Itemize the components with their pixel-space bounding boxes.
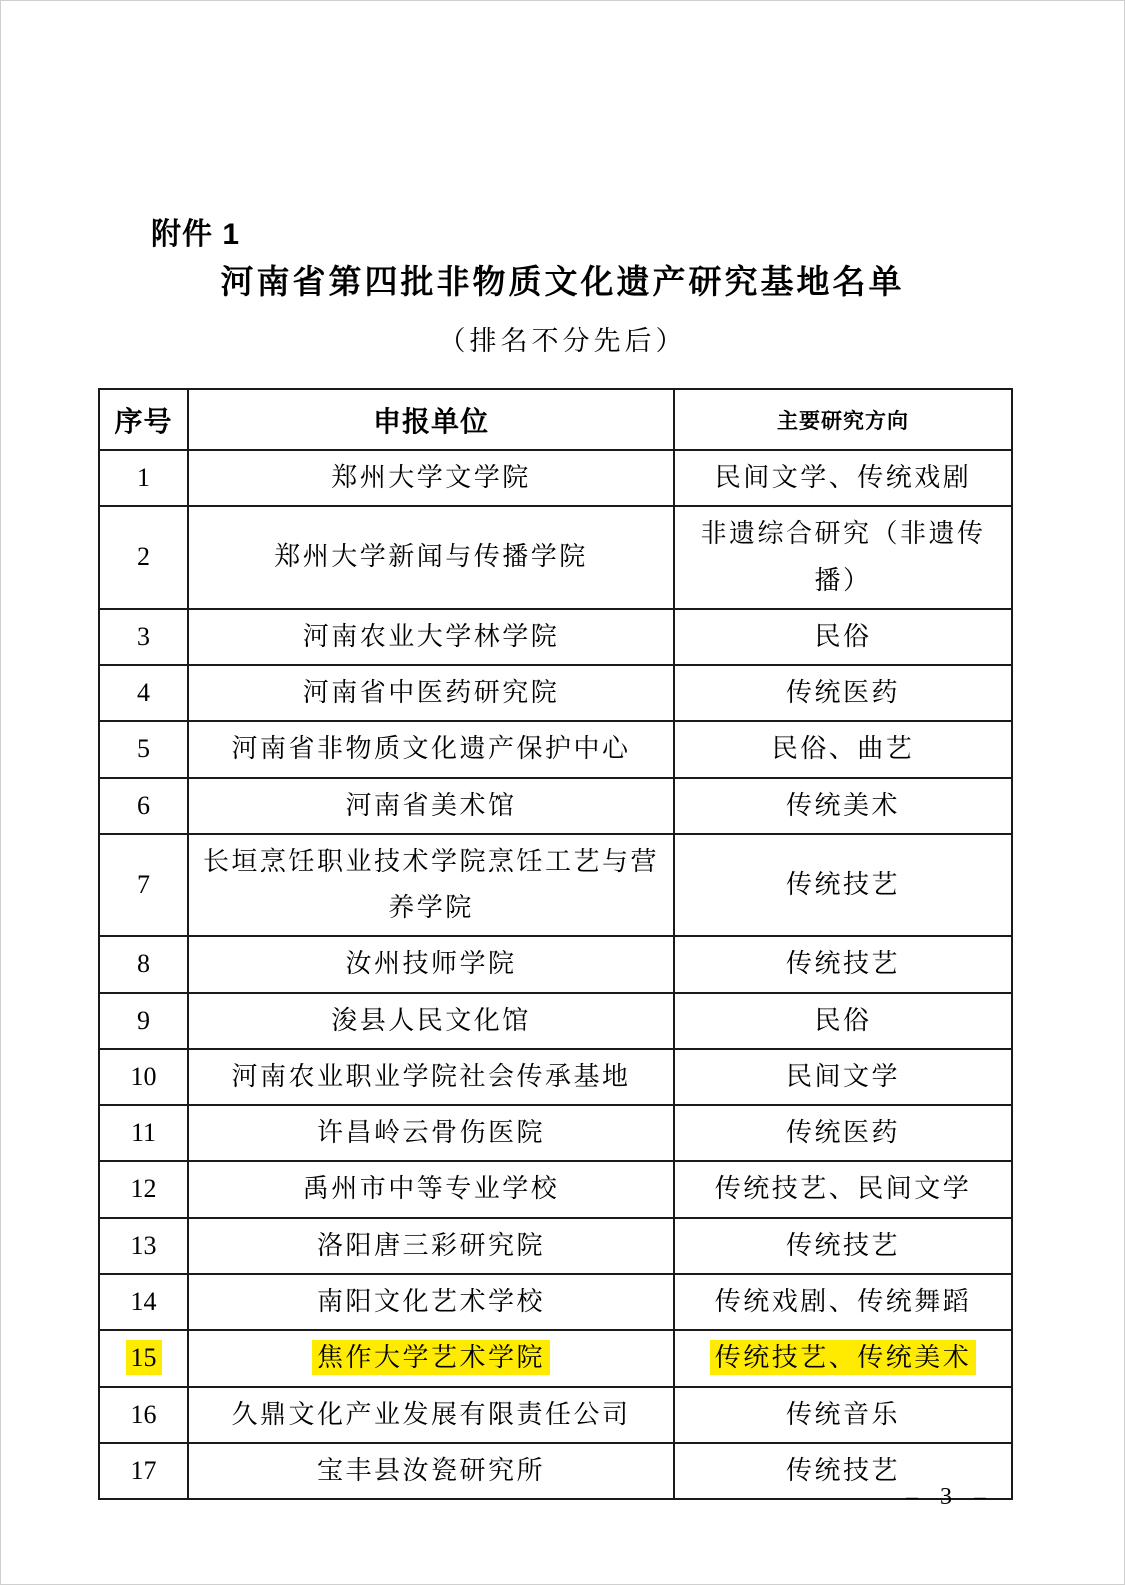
cell-text: 河南农业大学林学院	[303, 622, 560, 651]
cell-unit: 河南农业职业学院社会传承基地	[188, 1049, 674, 1105]
cell-text: 传统技艺	[786, 949, 900, 978]
cell-text: 传统技艺、民间文学	[715, 1174, 972, 1203]
cell-unit: 郑州大学文学院	[188, 450, 674, 506]
highlighted-text: 传统技艺、传统美术	[710, 1340, 977, 1375]
cell-text: 10	[131, 1062, 157, 1091]
cell-text: 8	[137, 949, 150, 978]
cell-text: 民俗	[814, 1006, 871, 1035]
cell-unit: 禹州市中等专业学校	[188, 1161, 674, 1217]
cell-unit: 汝州技师学院	[188, 936, 674, 992]
cell-index: 11	[99, 1105, 188, 1161]
page-title: 河南省第四批非物质文化遗产研究基地名单	[1, 256, 1124, 303]
table-row: 1郑州大学文学院民间文学、传统戏剧	[99, 450, 1012, 506]
highlighted-text: 焦作大学艺术学院	[312, 1340, 550, 1375]
attachment-label: 附件 1	[151, 209, 240, 253]
table-row: 6河南省美术馆传统美术	[99, 778, 1012, 834]
cell-text: 6	[137, 791, 150, 820]
cell-text: 2	[137, 542, 150, 571]
cell-text: 1	[137, 463, 150, 492]
cell-text: 河南农业职业学院社会传承基地	[231, 1062, 630, 1091]
cell-text: 长垣烹饪职业技术学院烹饪工艺与营养学院	[203, 847, 659, 922]
document-page: 附件 1 河南省第四批非物质文化遗产研究基地名单 （排名不分先后） 序号 申报单…	[0, 0, 1125, 1585]
cell-unit: 洛阳唐三彩研究院	[188, 1218, 674, 1274]
cell-text: 传统音乐	[786, 1400, 900, 1429]
cell-index: 17	[99, 1443, 188, 1499]
column-header-unit: 申报单位	[188, 389, 674, 450]
cell-direction: 民俗	[674, 609, 1012, 665]
cell-unit: 长垣烹饪职业技术学院烹饪工艺与营养学院	[188, 834, 674, 937]
cell-text: 9	[137, 1006, 150, 1035]
cell-text: 4	[137, 678, 150, 707]
cell-unit: 许昌岭云骨伤医院	[188, 1105, 674, 1161]
table-row: 4河南省中医药研究院传统医药	[99, 665, 1012, 721]
cell-text: 河南省非物质文化遗产保护中心	[231, 734, 630, 763]
cell-text: 11	[131, 1118, 156, 1147]
cell-text: 传统技艺	[786, 1456, 900, 1485]
cell-text: 河南省美术馆	[345, 791, 516, 820]
cell-text: 禹州市中等专业学校	[303, 1174, 560, 1203]
cell-index: 7	[99, 834, 188, 937]
cell-text: 7	[137, 870, 150, 899]
table-row: 13洛阳唐三彩研究院传统技艺	[99, 1218, 1012, 1274]
cell-text: 汝州技师学院	[345, 949, 516, 978]
cell-text: 3	[137, 622, 150, 651]
cell-text: 12	[131, 1174, 157, 1203]
cell-text: 久鼎文化产业发展有限责任公司	[231, 1400, 630, 1429]
cell-direction: 传统美术	[674, 778, 1012, 834]
cell-direction: 传统音乐	[674, 1387, 1012, 1443]
cell-text: 民俗	[814, 622, 871, 651]
table-header-row: 序号 申报单位 主要研究方向	[99, 389, 1012, 450]
cell-text: 传统技艺	[786, 1231, 900, 1260]
cell-text: 民俗、曲艺	[772, 734, 915, 763]
cell-text: 郑州大学新闻与传播学院	[274, 542, 588, 571]
cell-index: 2	[99, 506, 188, 609]
cell-index: 10	[99, 1049, 188, 1105]
cell-text: 13	[131, 1231, 157, 1260]
cell-index: 12	[99, 1161, 188, 1217]
cell-direction: 民间文学、传统戏剧	[674, 450, 1012, 506]
table-row: 2郑州大学新闻与传播学院非遗综合研究（非遗传播）	[99, 506, 1012, 609]
cell-text: 传统医药	[786, 1118, 900, 1147]
cell-text: 许昌岭云骨伤医院	[317, 1118, 545, 1147]
table-row: 3河南农业大学林学院民俗	[99, 609, 1012, 665]
cell-index: 16	[99, 1387, 188, 1443]
research-bases-table: 序号 申报单位 主要研究方向 1郑州大学文学院民间文学、传统戏剧2郑州大学新闻与…	[98, 388, 1013, 1500]
cell-text: 非遗综合研究（非遗传播）	[700, 519, 985, 594]
cell-unit: 河南省中医药研究院	[188, 665, 674, 721]
cell-index: 15	[99, 1330, 188, 1386]
cell-text: 17	[131, 1456, 157, 1485]
cell-text: 5	[137, 734, 150, 763]
cell-text: 民间文学、传统戏剧	[715, 463, 972, 492]
cell-index: 3	[99, 609, 188, 665]
cell-text: 传统技艺	[786, 870, 900, 899]
cell-text: 传统医药	[786, 678, 900, 707]
cell-index: 5	[99, 721, 188, 777]
cell-index: 14	[99, 1274, 188, 1330]
cell-text: 16	[131, 1400, 157, 1429]
table-row: 11许昌岭云骨伤医院传统医药	[99, 1105, 1012, 1161]
table-row: 16久鼎文化产业发展有限责任公司传统音乐	[99, 1387, 1012, 1443]
cell-index: 6	[99, 778, 188, 834]
cell-index: 8	[99, 936, 188, 992]
cell-unit: 郑州大学新闻与传播学院	[188, 506, 674, 609]
cell-direction: 传统技艺	[674, 834, 1012, 937]
cell-unit: 浚县人民文化馆	[188, 993, 674, 1049]
cell-direction: 传统戏剧、传统舞蹈	[674, 1274, 1012, 1330]
cell-text: 传统美术	[786, 791, 900, 820]
cell-direction: 传统技艺	[674, 1218, 1012, 1274]
cell-unit: 河南省美术馆	[188, 778, 674, 834]
cell-direction: 传统医药	[674, 1105, 1012, 1161]
table-row: 8汝州技师学院传统技艺	[99, 936, 1012, 992]
cell-text: 郑州大学文学院	[331, 463, 531, 492]
table-row: 7长垣烹饪职业技术学院烹饪工艺与营养学院传统技艺	[99, 834, 1012, 937]
cell-direction: 传统医药	[674, 665, 1012, 721]
table-row: 9浚县人民文化馆民俗	[99, 993, 1012, 1049]
column-header-index: 序号	[99, 389, 188, 450]
table-row: 10河南农业职业学院社会传承基地民间文学	[99, 1049, 1012, 1105]
cell-direction: 非遗综合研究（非遗传播）	[674, 506, 1012, 609]
cell-unit: 宝丰县汝瓷研究所	[188, 1443, 674, 1499]
cell-index: 4	[99, 665, 188, 721]
cell-text: 洛阳唐三彩研究院	[317, 1231, 545, 1260]
cell-index: 13	[99, 1218, 188, 1274]
table-row: 17宝丰县汝瓷研究所传统技艺	[99, 1443, 1012, 1499]
cell-text: 14	[131, 1287, 157, 1316]
cell-direction: 民间文学	[674, 1049, 1012, 1105]
cell-text: 传统戏剧、传统舞蹈	[715, 1287, 972, 1316]
page-number: – 3 –	[906, 1484, 994, 1511]
cell-unit: 焦作大学艺术学院	[188, 1330, 674, 1386]
cell-direction: 传统技艺、传统美术	[674, 1330, 1012, 1386]
cell-text: 宝丰县汝瓷研究所	[317, 1456, 545, 1485]
cell-text: 河南省中医药研究院	[303, 678, 560, 707]
cell-index: 9	[99, 993, 188, 1049]
table-row: 12禹州市中等专业学校传统技艺、民间文学	[99, 1161, 1012, 1217]
cell-text: 浚县人民文化馆	[331, 1006, 531, 1035]
cell-unit: 河南农业大学林学院	[188, 609, 674, 665]
cell-direction: 传统技艺	[674, 936, 1012, 992]
page-subtitle: （排名不分先后）	[1, 319, 1124, 358]
table-row: 5河南省非物质文化遗产保护中心民俗、曲艺	[99, 721, 1012, 777]
cell-unit: 南阳文化艺术学校	[188, 1274, 674, 1330]
table-row: 15焦作大学艺术学院传统技艺、传统美术	[99, 1330, 1012, 1386]
cell-text: 民间文学	[786, 1062, 900, 1091]
highlighted-text: 15	[126, 1340, 162, 1375]
cell-direction: 民俗	[674, 993, 1012, 1049]
table-row: 14南阳文化艺术学校传统戏剧、传统舞蹈	[99, 1274, 1012, 1330]
table-body: 1郑州大学文学院民间文学、传统戏剧2郑州大学新闻与传播学院非遗综合研究（非遗传播…	[99, 450, 1012, 1499]
cell-direction: 民俗、曲艺	[674, 721, 1012, 777]
cell-direction: 传统技艺、民间文学	[674, 1161, 1012, 1217]
cell-index: 1	[99, 450, 188, 506]
cell-text: 南阳文化艺术学校	[317, 1287, 545, 1316]
cell-unit: 久鼎文化产业发展有限责任公司	[188, 1387, 674, 1443]
column-header-direction: 主要研究方向	[674, 389, 1012, 450]
cell-unit: 河南省非物质文化遗产保护中心	[188, 721, 674, 777]
